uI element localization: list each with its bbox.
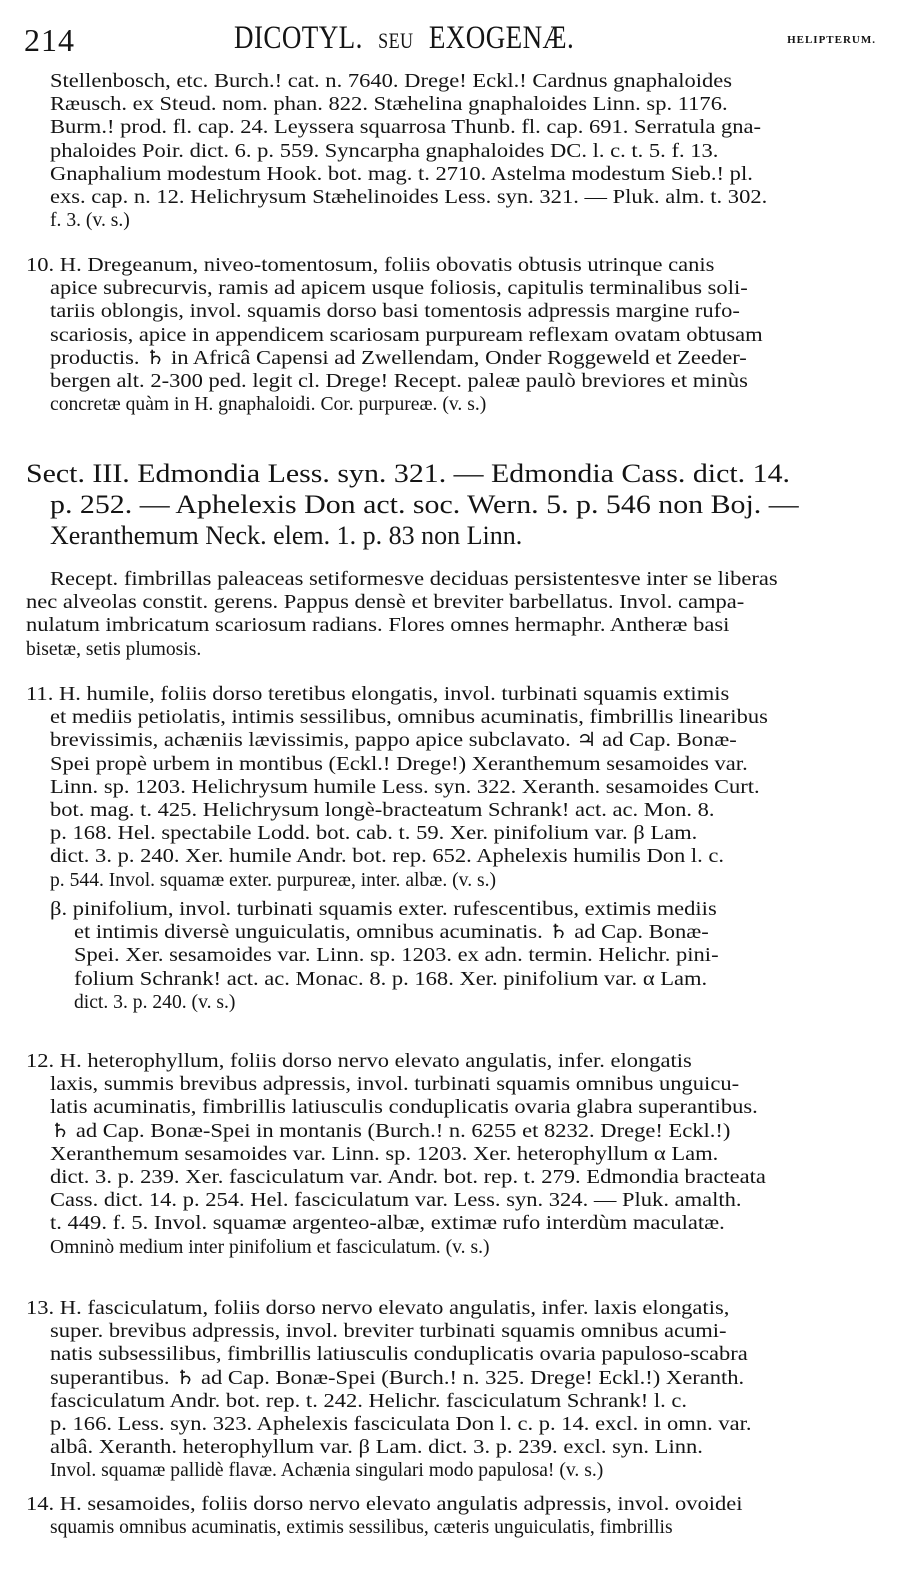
text-line: p. 168. Hel. spectabile Lodd. bot. cab. … xyxy=(26,822,876,845)
genus-running-head: HELIPTERUM. xyxy=(787,34,876,46)
section-heading-line: Sect. III. Edmondia Less. syn. 321. — Ed… xyxy=(26,458,876,489)
section-description: Recept. fimbrillas paleaceas setiformesv… xyxy=(26,568,876,661)
variety-heading-line: β. pinifolium, invol. turbinati squamis … xyxy=(50,898,876,921)
section-heading-line: Xeranthemum Neck. elem. 1. p. 83 non Lin… xyxy=(26,520,876,551)
running-header: 214 DICOTYL. seu EXOGENÆ. HELIPTERUM. xyxy=(24,18,876,62)
text-line: nulatum imbricatum scariosum radians. Fl… xyxy=(26,614,876,637)
text-line: fasciculatum Andr. bot. rep. t. 242. Hel… xyxy=(26,1390,876,1413)
text-line: t. 449. f. 5. Invol. squamæ argenteo-alb… xyxy=(26,1212,876,1235)
text-line: bisetæ, setis plumosis. xyxy=(26,638,876,661)
text-line: phaloides Poir. dict. 6. p. 559. Syncarp… xyxy=(26,140,876,163)
text-line: Recept. fimbrillas paleaceas setiformesv… xyxy=(26,568,876,591)
species-entry-12: 12. H. heterophyllum, foliis dorso nervo… xyxy=(26,1050,876,1259)
running-title: DICOTYL. seu EXOGENÆ. xyxy=(234,20,574,57)
text-line: natis subsessilibus, fimbrillis latiuscu… xyxy=(26,1343,876,1366)
text-line: squamis omnibus acuminatis, extimis sess… xyxy=(26,1516,876,1539)
text-line: Ræusch. ex Steud. nom. phan. 822. Stæhel… xyxy=(26,93,876,116)
text-line: dict. 3. p. 240. (v. s.) xyxy=(50,991,876,1014)
variety-entry-pinifolium: β. pinifolium, invol. turbinati squamis … xyxy=(50,898,876,1014)
text-line: Xeranthemum sesamoides var. Linn. sp. 12… xyxy=(26,1143,876,1166)
species-entry-10: 10. H. Dregeanum, niveo-tomentosum, foli… xyxy=(26,254,876,416)
title-part-exogenae: EXOGENÆ. xyxy=(429,20,574,56)
text-line: Burm.! prod. fl. cap. 24. Leyssera squar… xyxy=(26,116,876,139)
page-number: 214 xyxy=(24,22,75,59)
text-line: brevissimis, achæniis lævissimis, pappo … xyxy=(26,729,876,752)
text-line: Invol. squamæ pallidè flavæ. Achænia sin… xyxy=(26,1459,876,1482)
species-entry-11: 11. H. humile, foliis dorso teretibus el… xyxy=(26,683,876,892)
text-line: nec alveolas constit. gerens. Pappus den… xyxy=(26,591,876,614)
species-entry-13: 13. H. fasciculatum, foliis dorso nervo … xyxy=(26,1297,876,1483)
text-line: apice subrecurvis, ramis ad apicem usque… xyxy=(26,277,876,300)
text-line: p. 544. Invol. squamæ exter. purpureæ, i… xyxy=(26,869,876,892)
text-line: Cass. dict. 14. p. 254. Hel. fasciculatu… xyxy=(26,1189,876,1212)
section-heading-line: p. 252. — Aphelexis Don act. soc. Wern. … xyxy=(26,489,876,520)
text-line: Gnaphalium modestum Hook. bot. mag. t. 2… xyxy=(26,163,876,186)
continuation-paragraph: Stellenbosch, etc. Burch.! cat. n. 7640.… xyxy=(26,70,876,232)
text-line: concretæ quàm in H. gnaphaloidi. Cor. pu… xyxy=(26,393,876,416)
text-line: laxis, summis brevibus adpressis, invol.… xyxy=(26,1073,876,1096)
text-line: et intimis diversè unguiculatis, omnibus… xyxy=(50,921,876,944)
text-line: latis acuminatis, fimbrillis latiusculis… xyxy=(26,1096,876,1119)
species-heading-line: 10. H. Dregeanum, niveo-tomentosum, foli… xyxy=(26,254,876,277)
text-line: p. 166. Less. syn. 323. Aphelexis fascic… xyxy=(26,1413,876,1436)
text-line: ♄ ad Cap. Bonæ-Spei in montanis (Burch.!… xyxy=(26,1120,876,1143)
text-line: folium Schrank! act. ac. Monac. 8. p. 16… xyxy=(50,968,876,991)
text-line: Spei propè urbem in montibus (Eckl.! Dre… xyxy=(26,753,876,776)
text-line: dict. 3. p. 239. Xer. fasciculatum var. … xyxy=(26,1166,876,1189)
title-part-dicotyl: DICOTYL. xyxy=(234,20,363,56)
text-line: superantibus. ♄ ad Cap. Bonæ-Spei (Burch… xyxy=(26,1367,876,1390)
text-line: bergen alt. 2-300 ped. legit cl. Drege! … xyxy=(26,370,876,393)
book-page: 214 DICOTYL. seu EXOGENÆ. HELIPTERUM. St… xyxy=(0,0,900,1592)
text-line: Stellenbosch, etc. Burch.! cat. n. 7640.… xyxy=(26,70,876,93)
title-part-seu: seu xyxy=(378,28,413,53)
text-line: Omninò medium inter pinifolium et fascic… xyxy=(26,1236,876,1259)
text-line: super. brevibus adpressis, invol. brevit… xyxy=(26,1320,876,1343)
text-line: Spei. Xer. sesamoides var. Linn. sp. 120… xyxy=(50,944,876,967)
species-heading-line: 11. H. humile, foliis dorso teretibus el… xyxy=(26,683,876,706)
text-line: et mediis petiolatis, intimis sessilibus… xyxy=(26,706,876,729)
species-heading-line: 14. H. sesamoides, foliis dorso nervo el… xyxy=(26,1493,876,1516)
text-line: f. 3. (v. s.) xyxy=(26,209,876,232)
section-heading-edmondia: Sect. III. Edmondia Less. syn. 321. — Ed… xyxy=(26,458,876,551)
text-line: dict. 3. p. 240. Xer. humile Andr. bot. … xyxy=(26,845,876,868)
species-heading-line: 13. H. fasciculatum, foliis dorso nervo … xyxy=(26,1297,876,1320)
text-line: Linn. sp. 1203. Helichrysum humile Less.… xyxy=(26,776,876,799)
text-line: albâ. Xeranth. heterophyllum var. β Lam.… xyxy=(26,1436,876,1459)
species-entry-14: 14. H. sesamoides, foliis dorso nervo el… xyxy=(26,1493,876,1539)
text-line: bot. mag. t. 425. Helichrysum longè-brac… xyxy=(26,799,876,822)
text-line: tariis oblongis, invol. squamis dorso ba… xyxy=(26,300,876,323)
text-line: scariosis, apice in appendicem scariosam… xyxy=(26,324,876,347)
text-line: exs. cap. n. 12. Helichrysum Stæhelinoid… xyxy=(26,186,876,209)
text-line: productis. ♄ in Africâ Capensi ad Zwelle… xyxy=(26,347,876,370)
species-heading-line: 12. H. heterophyllum, foliis dorso nervo… xyxy=(26,1050,876,1073)
